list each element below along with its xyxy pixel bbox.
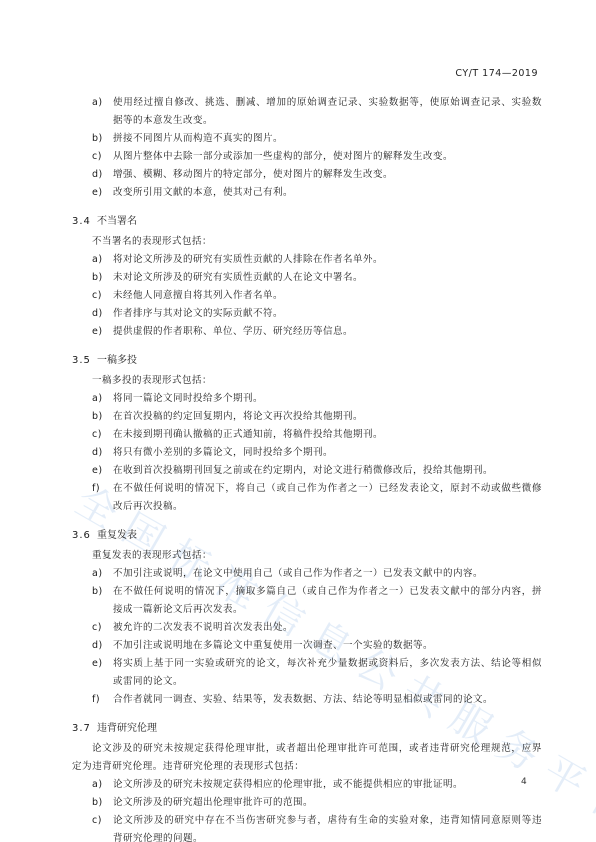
section-heading: 3.6重复发表: [72, 525, 542, 547]
list-item: b)拼接不同图片从而构造不真实的图片。: [72, 130, 542, 148]
list-item: e)改变所引用文献的本意，使其对己有利。: [72, 184, 542, 202]
section-intro: 不当署名的表现形式包括：: [72, 233, 542, 251]
list-item: d)增强、模糊、移动图片的特定部分，使对图片的解释发生改变。: [72, 166, 542, 184]
list-item: b)在不做任何说明的情况下，摘取多篇自己（或自己作为作者之一）已发表文献中的部分…: [72, 583, 542, 619]
list-item: c)论文所涉及的研究中存在不当伤害研究参与者，虐待有生命的实验对象，违背知情同意…: [72, 812, 542, 842]
list-item: c)被允许的二次发表不说明首次发表出处。: [72, 619, 542, 637]
list-item: a)将对论文所涉及的研究有实质性贡献的人排除在作者名单外。: [72, 251, 542, 269]
list-item: d)将只有微小差别的多篇论文，同时投给多个期刊。: [72, 444, 542, 462]
section-3-7: 3.7违背研究伦理 论文涉及的研究未按规定获得伦理审批，或者超出伦理审批许可范围…: [72, 718, 542, 842]
list-item: f)合作者就同一调查、实验、结果等，发表数据、方法、结论等明显相似或雷同的论文。: [72, 691, 542, 709]
section-heading: 3.5一稿多投: [72, 350, 542, 372]
document-body: a)使用经过擅自修改、挑选、删减、增加的原始调查记录、实验数据等，使原始调查记录…: [72, 94, 542, 842]
list-item: a)不加引注或说明，在论文中使用自己（或自己作为作者之一）已发表文献中的内容。: [72, 565, 542, 583]
continued-list: a)使用经过擅自修改、挑选、删减、增加的原始调查记录、实验数据等，使原始调查记录…: [72, 94, 542, 202]
section-heading: 3.4不当署名: [72, 211, 542, 233]
section-3-4: 3.4不当署名 不当署名的表现形式包括： a)将对论文所涉及的研究有实质性贡献的…: [72, 211, 542, 341]
list-item: f)在不做任何说明的情况下，将自己（或自己作为作者之一）已经发表论文，原封不动或…: [72, 480, 542, 516]
list-item: b)未对论文所涉及的研究有实质性贡献的人在论文中署名。: [72, 269, 542, 287]
list-item: e)提供虚假的作者职称、单位、学历、研究经历等信息。: [72, 323, 542, 341]
section-3-6: 3.6重复发表 重复发表的表现形式包括： a)不加引注或说明，在论文中使用自己（…: [72, 525, 542, 709]
standard-code-header: CY/T 174—2019: [455, 68, 538, 79]
section-heading: 3.7违背研究伦理: [72, 718, 542, 740]
section-intro: 一稿多投的表现形式包括：: [72, 372, 542, 390]
document-page: 全国标准信息公共服务平台 CY/T 174—2019 a)使用经过擅自修改、挑选…: [0, 0, 596, 842]
list-item: e)将实质上基于同一实验或研究的论文，每次补充少量数据或资料后，多次发表方法、结…: [72, 655, 542, 691]
section-3-5: 3.5一稿多投 一稿多投的表现形式包括： a)将同一篇论文同时投给多个期刊。 b…: [72, 350, 542, 516]
list-item: e)在收到首次投稿期刊回复之前或在约定期内，对论文进行稍微修改后，投给其他期刊。: [72, 462, 542, 480]
list-item: a)将同一篇论文同时投给多个期刊。: [72, 390, 542, 408]
list-item: c)未经他人同意擅自将其列入作者名单。: [72, 287, 542, 305]
list-item: a)论文所涉及的研究未按规定获得相应的伦理审批，或不能提供相应的审批证明。: [72, 776, 542, 794]
section-paragraph: 论文涉及的研究未按规定获得伦理审批，或者超出伦理审批许可范围，或者违背研究伦理规…: [72, 740, 542, 776]
section-intro: 重复发表的表现形式包括：: [72, 547, 542, 565]
list-item: b)在首次投稿的约定回复期内，将论文再次投给其他期刊。: [72, 408, 542, 426]
page-number: 4: [521, 777, 527, 787]
list-item: d)不加引注或说明地在多篇论文中重复使用一次调查、一个实验的数据等。: [72, 637, 542, 655]
list-item: a)使用经过擅自修改、挑选、删减、增加的原始调查记录、实验数据等，使原始调查记录…: [72, 94, 542, 130]
list-item: c)从图片整体中去除一部分或添加一些虚构的部分，使对图片的解释发生改变。: [72, 148, 542, 166]
list-item: d)作者排序与其对论文的实际贡献不符。: [72, 305, 542, 323]
list-item: c)在未接到期刊确认撤稿的正式通知前，将稿件投给其他期刊。: [72, 426, 542, 444]
list-item: b)论文所涉及的研究超出伦理审批许可的范围。: [72, 794, 542, 812]
